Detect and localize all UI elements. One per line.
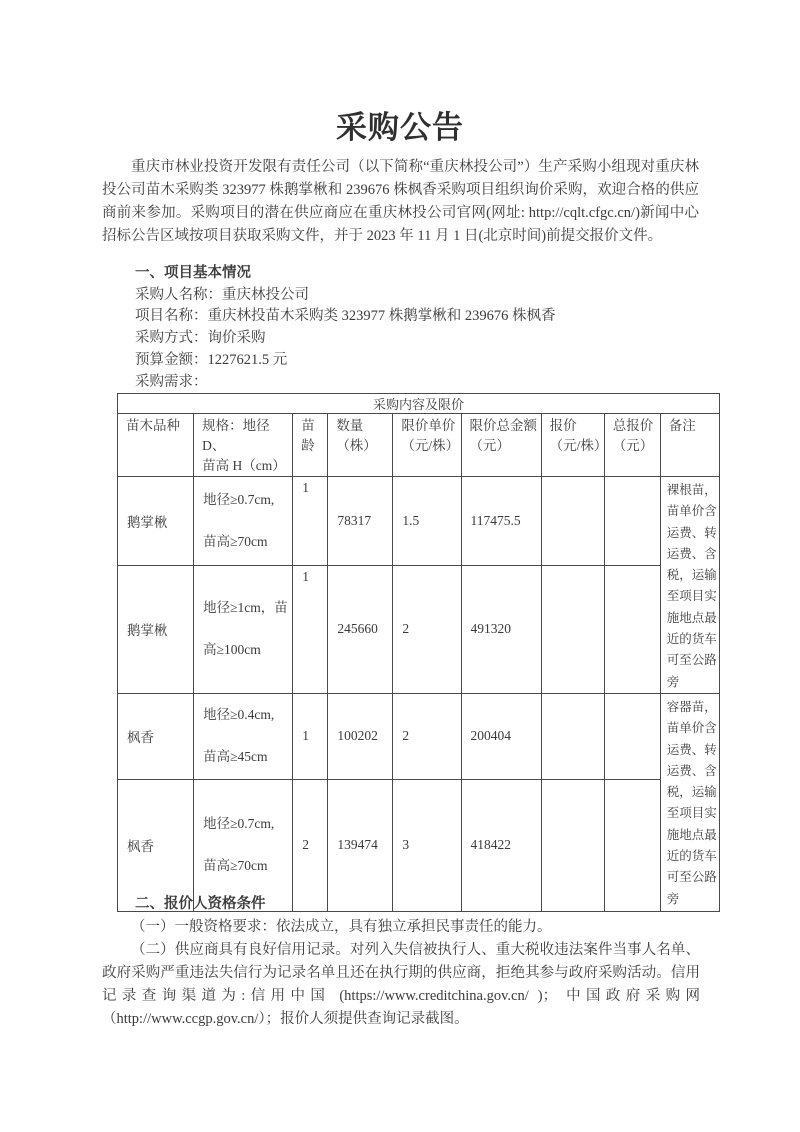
section1-heading: 一、项目基本情况 (102, 263, 699, 285)
spec-cell: 地径≥0.7cm,苗高≥70cm (194, 477, 293, 566)
table-row: 枫香 地径≥0.7cm,苗高≥70cm 2 139474 3 418422 (118, 779, 720, 911)
col-header-total-bid: 总报价（元） (604, 414, 660, 477)
section-qualification: 二、报价人资格条件 （一）一般资格要求：依法成立，具有独立承担民事责任的能力。 … (102, 893, 700, 1031)
age-cell: 2 (293, 779, 328, 911)
qty-cell: 100202 (328, 693, 393, 779)
intro-paragraph: 重庆市林业投资开发限有责任公司（以下简称“重庆林投公司”）生产采购小组现对重庆林… (102, 156, 699, 248)
unit-cap-cell: 3 (393, 779, 461, 911)
unit-cap-cell: 1.5 (393, 477, 461, 566)
qty-cell: 78317 (328, 477, 393, 566)
spec-cell: 地径≥0.7cm,苗高≥70cm (194, 779, 293, 911)
bid-cell (541, 565, 604, 693)
total-cap-cell: 117475.5 (461, 477, 541, 566)
species-cell: 枫香 (118, 779, 194, 911)
table-caption: 采购内容及限价 (118, 394, 720, 414)
page-title: 采购公告 (0, 102, 800, 147)
qty-cell: 245660 (328, 565, 393, 693)
qualification-para-2: （二）供应商具有良好信用记录。对列入失信被执行人、重大税收违法案件当事人名单、政… (102, 939, 700, 1031)
species-cell: 枫香 (118, 693, 194, 779)
project-name: 项目名称：重庆林投苗木采购类 323977 株鹅掌楸和 239676 株枫香 (102, 306, 699, 328)
age-cell: 1 (293, 693, 328, 779)
table-row: 枫香 地径≥0.4cm,苗高≥45cm 1 100202 2 200404 容器… (118, 693, 720, 779)
total-bid-cell (604, 565, 660, 693)
total-cap-cell: 418422 (461, 779, 541, 911)
col-header-remark: 备注 (660, 414, 719, 477)
unit-cap-cell: 2 (393, 565, 461, 693)
spec-cell: 地径≥0.4cm,苗高≥45cm (194, 693, 293, 779)
budget-amount: 预算金额：1227621.5 元 (102, 350, 699, 372)
remark-cell: 容器苗，苗单价含运费、转运费、含税，运输至项目实施地点最近的货车可至公路旁 (660, 693, 719, 911)
species-cell: 鹅掌楸 (118, 477, 194, 566)
age-cell: 1 (293, 565, 328, 693)
col-header-species: 苗木品种 (118, 414, 194, 477)
remark-cell: 裸根苗，苗单价含运费、转运费、含税，运输至项目实施地点最近的货车可至公路旁 (660, 477, 719, 694)
total-cap-cell: 200404 (461, 693, 541, 779)
buyer-name: 采购人名称：重庆林投公司 (102, 285, 699, 307)
procurement-demand-label: 采购需求： (102, 372, 699, 394)
section2-heading: 二、报价人资格条件 (102, 893, 700, 916)
bid-cell (541, 693, 604, 779)
bid-cell (541, 477, 604, 566)
col-header-unit-cap: 限价单价（元/株） (393, 414, 461, 477)
col-header-spec: 规格：地径 D、苗高 H（cm） (194, 414, 293, 477)
age-cell: 1 (293, 477, 328, 566)
col-header-quantity: 数量（株） (328, 414, 393, 477)
col-header-age: 苗龄 (293, 414, 328, 477)
qualification-para-1: （一）一般资格要求：依法成立，具有独立承担民事责任的能力。 (102, 916, 700, 939)
col-header-bid: 报价（元/株） (541, 414, 604, 477)
section-basic-info: 一、项目基本情况 采购人名称：重庆林投公司 项目名称：重庆林投苗木采购类 323… (102, 263, 699, 393)
procurement-table: 采购内容及限价 苗木品种 规格：地径 D、苗高 H（cm） 苗龄 数量（株） 限… (117, 393, 720, 912)
total-bid-cell (604, 477, 660, 566)
unit-cap-cell: 2 (393, 693, 461, 779)
table-row: 鹅掌楸 地径≥0.7cm,苗高≥70cm 1 78317 1.5 117475.… (118, 477, 720, 566)
col-header-total-cap: 限价总金额（元） (461, 414, 541, 477)
total-bid-cell (604, 779, 660, 911)
qty-cell: 139474 (328, 779, 393, 911)
document-page: 采购公告 重庆市林业投资开发限有责任公司（以下简称“重庆林投公司”）生产采购小组… (0, 0, 800, 1132)
bid-cell (541, 779, 604, 911)
procurement-method: 采购方式：询价采购 (102, 328, 699, 350)
total-bid-cell (604, 693, 660, 779)
table-row: 鹅掌楸 地径≥1cm，苗高≥100cm 1 245660 2 491320 (118, 565, 720, 693)
spec-cell: 地径≥1cm，苗高≥100cm (194, 565, 293, 693)
total-cap-cell: 491320 (461, 565, 541, 693)
species-cell: 鹅掌楸 (118, 565, 194, 693)
